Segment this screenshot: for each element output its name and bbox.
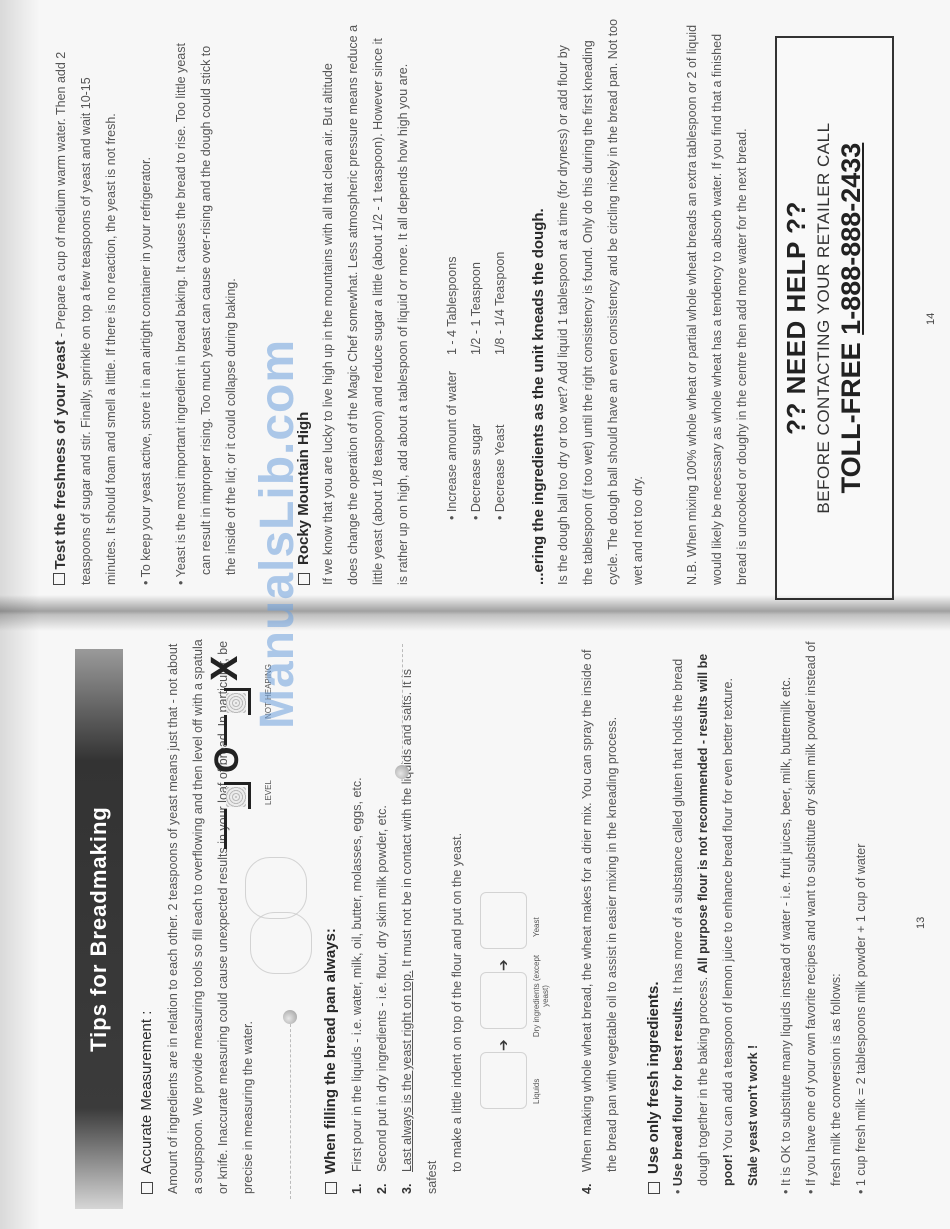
page-13: Tips for Breadmaking Accurate Measuremen…	[0, 615, 950, 1229]
divider	[290, 1019, 291, 1199]
note-line-3: bread is uncooked or doughy in the centr…	[730, 15, 755, 585]
adjustment-label-text: Decrease sugar	[469, 424, 483, 512]
accurate-heading-text: Accurate Measurement :	[138, 1011, 155, 1174]
filling-heading: When filling the bread pan always:	[322, 634, 339, 1194]
note-line-2: would likely be necessary as whole wheat…	[705, 15, 730, 585]
adjustment-label: • Increase amount of water	[445, 355, 459, 520]
page-14: Test the freshness of your yeast - Prepa…	[0, 0, 950, 615]
bad-mark-icon: X	[204, 656, 247, 681]
help-subtitle: BEFORE CONTACTING YOUR RETAILER CALL	[814, 38, 834, 598]
fresh-heading: Use only fresh ingredients.	[645, 634, 662, 1194]
ok-mark-icon: O	[208, 747, 247, 773]
list-number: 4.	[575, 1172, 600, 1194]
adjustment-value: 1 - 4 Tablespoons	[445, 257, 459, 355]
hand-sketch-icon	[250, 912, 312, 974]
yeast-test-line-3: minutes. It should foam and smell a litt…	[99, 15, 124, 585]
book-gutter	[0, 595, 950, 631]
manual-spread: Tips for Breadmaking Accurate Measuremen…	[0, 0, 950, 1229]
yeast-test-heading: Test the freshness of your yeast	[52, 341, 69, 570]
level-caption: LEVEL	[264, 780, 273, 805]
fresh-bullet-3: • If you have one of your own favorite r…	[799, 634, 824, 1194]
arrow-right-icon: ➔	[495, 959, 512, 971]
divider	[402, 644, 403, 764]
mountain-line-1: If we know that you are lucky to live hi…	[316, 15, 341, 585]
banner-title: Tips for Breadmaking	[86, 806, 112, 1052]
yeast-test-section: Test the freshness of your yeast - Prepa…	[48, 15, 244, 585]
page-number: 13	[915, 917, 927, 929]
fresh-bullet-3-text: If you have one of your own favorite rec…	[804, 641, 818, 1186]
altering-section: ...ering the ingredients as the unit kne…	[530, 15, 651, 585]
bread-flour-lead: Use bread flour for best results.	[671, 997, 685, 1186]
altering-line-2: the tablespoon (if too wet) until the ri…	[576, 15, 601, 585]
checkbox-icon	[53, 573, 65, 585]
filling-item-2-text: Second put in dry ingredients - i.e. flo…	[375, 805, 389, 1172]
bead-decoration-icon	[283, 1010, 297, 1024]
item-4-line-1: 4.When making whole wheat bread, the whe…	[575, 634, 600, 1194]
watermark: ManualsLib.com	[250, 339, 305, 729]
mountain-line-2: does change the operation of the Magic C…	[341, 15, 366, 585]
fresh-bullet-1-line-3: poor! You can add a teaspoon of lemon ju…	[716, 634, 741, 1194]
list-number: 3.	[395, 1172, 420, 1194]
mountain-section: Rocky Mountain High If we know that you …	[295, 15, 416, 585]
yeast-test-line-1: Test the freshness of your yeast - Prepa…	[48, 15, 74, 585]
yeast-bullet-2: • Yeast is the most important ingredient…	[169, 15, 194, 585]
filling-item-3-underlined: Last always is the yeast right on top.	[400, 971, 414, 1173]
section-banner: Tips for Breadmaking	[75, 649, 123, 1209]
checkbox-icon	[648, 1182, 660, 1194]
help-phone: TOLL-FREE 1-888-888-2433	[836, 38, 867, 598]
gluten-text: dough together in the baking process.	[696, 973, 710, 1186]
adjustment-value: 1/2 - 1 Teaspoon	[469, 262, 483, 355]
poor-warning: poor!	[721, 1154, 735, 1186]
checkbox-icon	[325, 1182, 337, 1194]
not-heaping-line	[224, 715, 227, 745]
yeast-bullet-1-text: To keep your yeast active, store it in a…	[139, 157, 153, 577]
adjustment-label: • Decrease sugar	[469, 355, 483, 520]
yeast-test-line-2: teaspoons of sugar and stir. Finally, sp…	[74, 15, 99, 585]
conversion-text: 1 cup fresh milk = 2 tablespoons milk po…	[854, 844, 868, 1187]
fresh-bullet-2-text: It is OK to substitute many liquids inst…	[779, 677, 793, 1186]
hand-sketch-icon	[245, 857, 307, 919]
fresh-bullet-1-line-1: • Use bread flour for best results. It h…	[666, 634, 691, 1194]
fresh-heading-text: Use only fresh ingredients.	[645, 981, 662, 1174]
filling-section: When filling the bread pan always: 1.Fir…	[322, 634, 470, 1194]
pan-liquids-icon	[480, 1052, 527, 1109]
fresh-ingredients-section: Use only fresh ingredients. • Use bread …	[645, 634, 874, 1194]
page-edge-shadow	[0, 0, 40, 1229]
fresh-bullet-1-line-2: dough together in the baking process. Al…	[691, 634, 716, 1194]
item-4: 4.When making whole wheat bread, the whe…	[575, 634, 625, 1194]
yeast-bullet-2-cont-2: the inside of the lid; or it could colla…	[219, 15, 244, 585]
fresh-bullet-1-line-4: Stale yeast won't work !	[741, 634, 766, 1194]
adjustment-row: • Decrease Yeast1/8 - 1/4 Teaspoon	[488, 252, 512, 520]
fresh-bullet-2: • It is OK to substitute many liquids in…	[774, 634, 799, 1194]
filling-item-1-text: First pour in the liquids - i.e. water, …	[350, 777, 364, 1172]
page-number: 14	[925, 313, 937, 325]
note-line-1: N.B. When mixing 100% whole wheat or par…	[680, 15, 705, 585]
whole-wheat-note: N.B. When mixing 100% whole wheat or par…	[680, 15, 755, 585]
phone-prefix: TOLL-FREE	[836, 335, 866, 494]
yeast-test-text-1: - Prepare a cup of medium warm water. Th…	[54, 52, 68, 341]
yeast-bullet-2-text: Yeast is the most important ingredient i…	[174, 43, 188, 577]
pan-dry-icon	[480, 972, 527, 1029]
altering-line-4: wet and not too dry.	[626, 15, 651, 585]
help-title: ?? NEED HELP ??	[781, 38, 812, 598]
mountain-line-3: little yeast (about 1/8 teaspoon) and re…	[366, 15, 391, 585]
pan-label-yeast: Yeast	[532, 917, 541, 937]
pan-label-liquids: Liquids	[532, 1079, 541, 1104]
fresh-bullet-3-cont: fresh milk the conversion is as follows:	[824, 634, 849, 1194]
item-4-line-2: the bread pan with vegetable oil to assi…	[600, 634, 625, 1194]
yeast-bullet-2-cont-1: can result in improper rising. Too much …	[194, 15, 219, 585]
adjustment-value: 1/8 - 1/4 Teaspoon	[493, 252, 507, 355]
altitude-adjustments: • Increase amount of water1 - 4 Tablespo…	[440, 252, 512, 520]
altering-heading: ...ering the ingredients as the unit kne…	[530, 15, 547, 585]
stale-yeast-warning: Stale yeast won't work !	[746, 1045, 760, 1186]
arrow-right-icon: ➔	[495, 1039, 512, 1051]
altering-line-1: Is the dough ball too dry or too wet? Ad…	[551, 15, 576, 585]
checkbox-icon	[141, 1182, 153, 1194]
pan-yeast-icon	[480, 892, 527, 949]
phone-number[interactable]: 1-888-888-2433	[836, 143, 866, 335]
all-purpose-warning: All purpose flour is not recommended - r…	[696, 654, 710, 974]
list-number: 1.	[345, 1172, 370, 1194]
help-box: ?? NEED HELP ?? BEFORE CONTACTING YOUR R…	[775, 36, 894, 600]
filling-item-2: 2.Second put in dry ingredients - i.e. f…	[370, 634, 395, 1194]
adjustment-label: • Decrease Yeast	[493, 355, 507, 520]
filling-heading-text: When filling the bread pan always:	[322, 928, 339, 1174]
lemon-juice-text: You can add a teaspoon of lemon juice to…	[721, 678, 735, 1154]
accurate-heading: Accurate Measurement :	[138, 639, 155, 1194]
pan-label-dry: Dry ingredients (except yeast)	[532, 951, 550, 1041]
bead-decoration-icon	[395, 765, 409, 779]
item-4-text-1: When making whole wheat bread, the wheat…	[580, 649, 594, 1172]
level-line	[224, 809, 227, 849]
level-cup-icon	[224, 782, 251, 809]
adjustment-label-text: Decrease Yeast	[493, 425, 507, 513]
list-number: 2.	[370, 1172, 395, 1194]
heaping-cup-icon	[224, 688, 251, 715]
accurate-line-1: Amount of ingredients are in relation to…	[161, 639, 186, 1194]
adjustment-row: • Decrease sugar1/2 - 1 Teaspoon	[464, 252, 488, 520]
bread-flour-text: It has more of a substance called gluten…	[671, 659, 685, 997]
yeast-bullet-1: • To keep your yeast active, store it in…	[134, 15, 159, 585]
mountain-line-4: is rather up on high, add about a tables…	[391, 15, 416, 585]
bread-pan-illustration: ➔ ➔ Liquids Dry ingredients (except yeas…	[450, 849, 550, 1109]
altering-line-3: cycle. The dough ball should have an eve…	[601, 15, 626, 585]
adjustment-label-text: Increase amount of water	[445, 371, 459, 512]
conversion-line: • 1 cup fresh milk = 2 tablespoons milk …	[849, 634, 874, 1194]
filling-item-1: 1.First pour in the liquids - i.e. water…	[345, 634, 370, 1194]
adjustment-row: • Increase amount of water1 - 4 Tablespo…	[440, 252, 464, 520]
